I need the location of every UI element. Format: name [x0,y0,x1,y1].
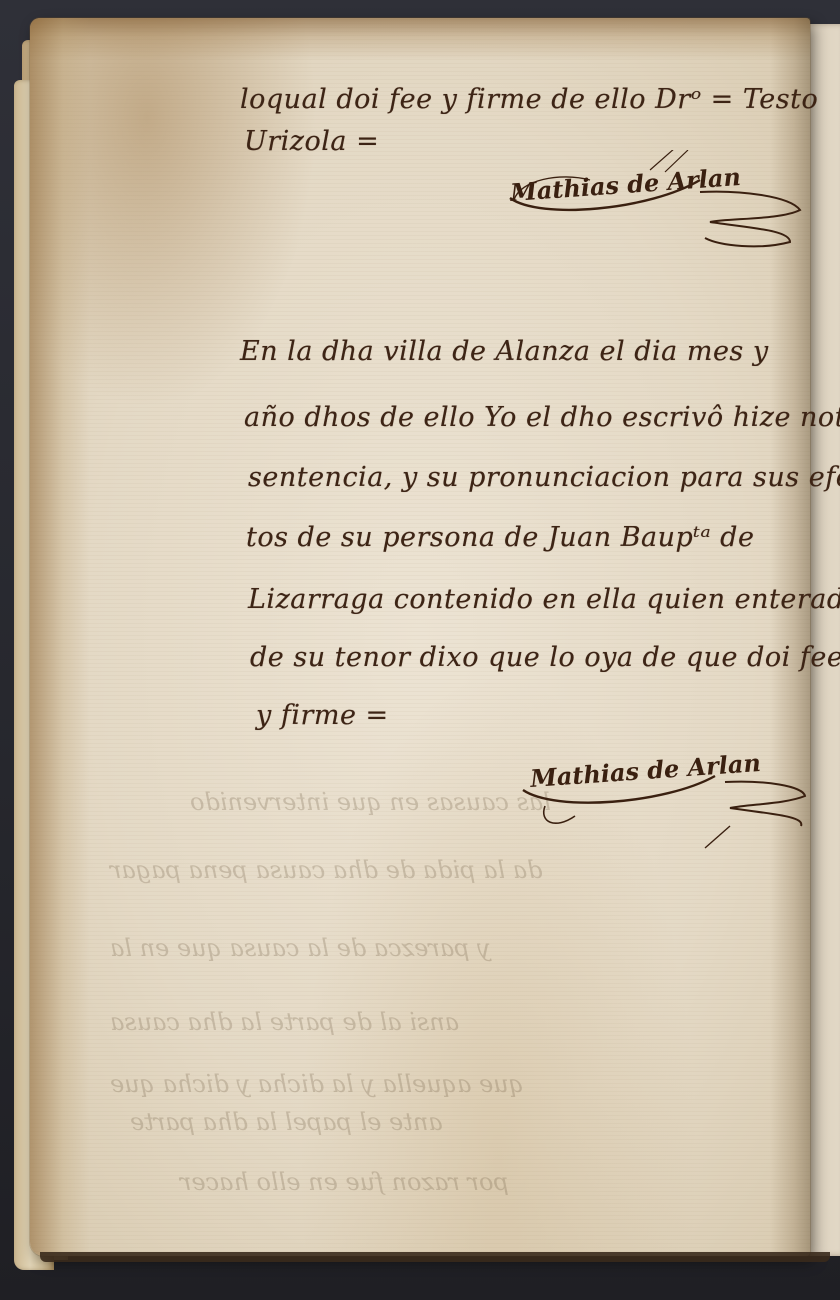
bleed-through-line: las causas en que intervenido [190,788,551,816]
bleed-through-line: que aquella y la dicha y dicha que [110,1070,524,1098]
entry-2-line-7: y firme = [256,700,389,731]
entry-2-line-1: En la dha villa de Alanza el dia mes y [240,336,769,367]
entry-2-line-2: año dhos de ello Yo el dho escrivô hize … [244,402,840,433]
bleed-through-line: ansi al de parte la dha causa [110,1008,459,1036]
worn-left-margin [30,18,90,1256]
water-stain-top [30,18,810,60]
entry-2-line-4: tos de su persona de Juan Baupᵗᵃ de [246,522,754,553]
entry-2-line-3: sentencia, y su pronunciacion para sus e… [248,462,840,493]
entry-2-line-5: Lizarraga contenido en ella quien entera… [248,584,840,615]
bleed-through-line: da la pida de dha causa pena pagar [110,856,542,884]
signature-flourish-icon [515,730,815,850]
bleed-through-line: por razon fue en ello hacer [180,1168,509,1196]
page-bottom-edge [40,1252,830,1262]
entry-1-line-2: Urizola = [244,126,379,157]
entry-2-line-6: de su tenor dixo que lo oya de que doi f… [250,642,840,673]
signature-flourish-icon [500,150,810,260]
bleed-through-line: ante el papel la dha parte [130,1108,443,1136]
entry-1-line-1: loqual doi fee y firme de ello Drᵒ = Tes… [240,84,818,115]
bleed-through-line: y parezca de la causa que en la [110,934,491,962]
